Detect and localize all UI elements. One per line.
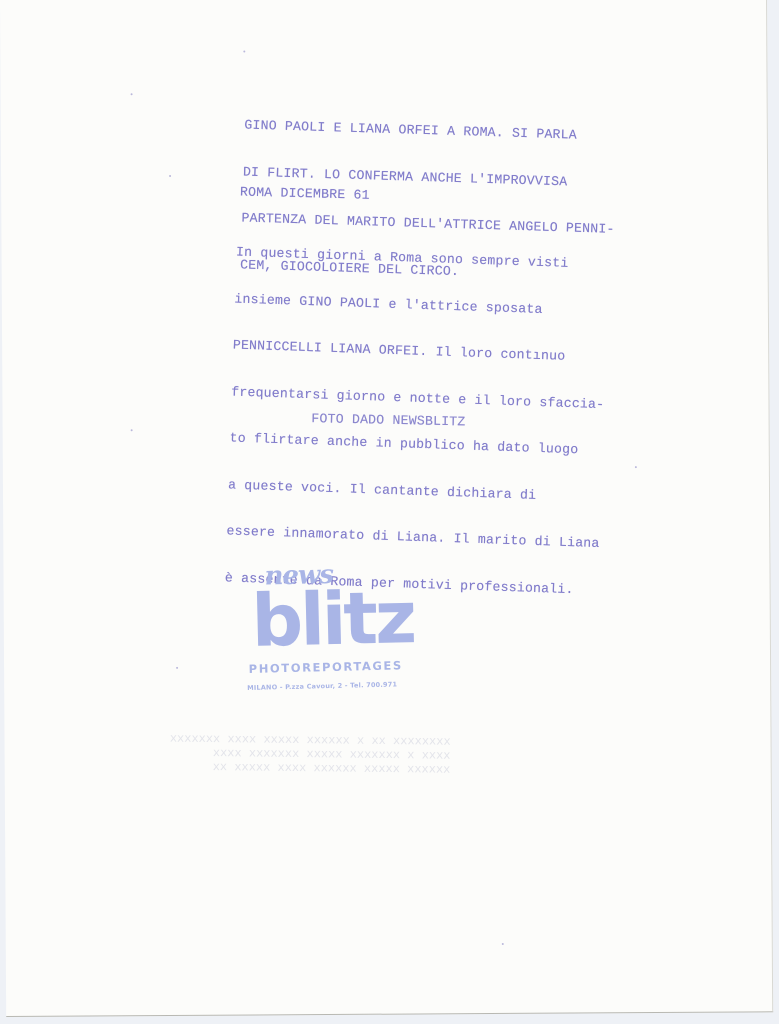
- body-line: PENNICCELLI LIANA ORFEI. Il loro contınu…: [233, 337, 607, 365]
- body-line: a queste voci. Il cantante dichiara di: [228, 477, 602, 505]
- paper-speck: [131, 429, 133, 431]
- stamp-tagline: PHOTOREPORTAGES: [249, 658, 403, 676]
- stamp-brand: blitz: [251, 572, 415, 666]
- body-line: In questi giorni a Roma sono sempre vist…: [236, 245, 610, 273]
- bleed-through-texture: xxxxxxxx xx x xxxxxx xxxxx xxxx xxxxxxx …: [169, 732, 450, 777]
- paper-speck: [169, 175, 171, 177]
- body-line: insieme GINO PAOLI e l'attrice sposata: [234, 291, 608, 319]
- body-line: frequentarsi giorno e notte e il loro sf…: [231, 384, 605, 412]
- photo-back-paper: GINO PAOLI E LIANA ORFEI A ROMA. SI PARL…: [0, 0, 773, 1017]
- newsblitz-stamp: news blitz PHOTOREPORTAGES MILANO - P.zz…: [242, 558, 420, 707]
- paper-speck: [131, 93, 133, 95]
- body-line: essere innamorato di Liana. Il marito di…: [226, 523, 600, 551]
- photo-credit: FOTO DADO NEWSBLITZ: [311, 411, 465, 430]
- paper-speck: [243, 51, 245, 53]
- paper-speck: [502, 943, 504, 945]
- dateline: ROMA DICEMBRE 61: [240, 185, 370, 204]
- headline-line: GINO PAOLI E LIANA ORFEI A ROMA. SI PARL…: [244, 117, 618, 144]
- paper-speck: [635, 466, 637, 468]
- body-line: to flirtare anche in pubblico ha dato lu…: [229, 430, 603, 458]
- stamp-address: MILANO - P.zza Cavour, 2 - Tel. 700.971: [247, 680, 397, 692]
- paper-speck: [176, 667, 178, 669]
